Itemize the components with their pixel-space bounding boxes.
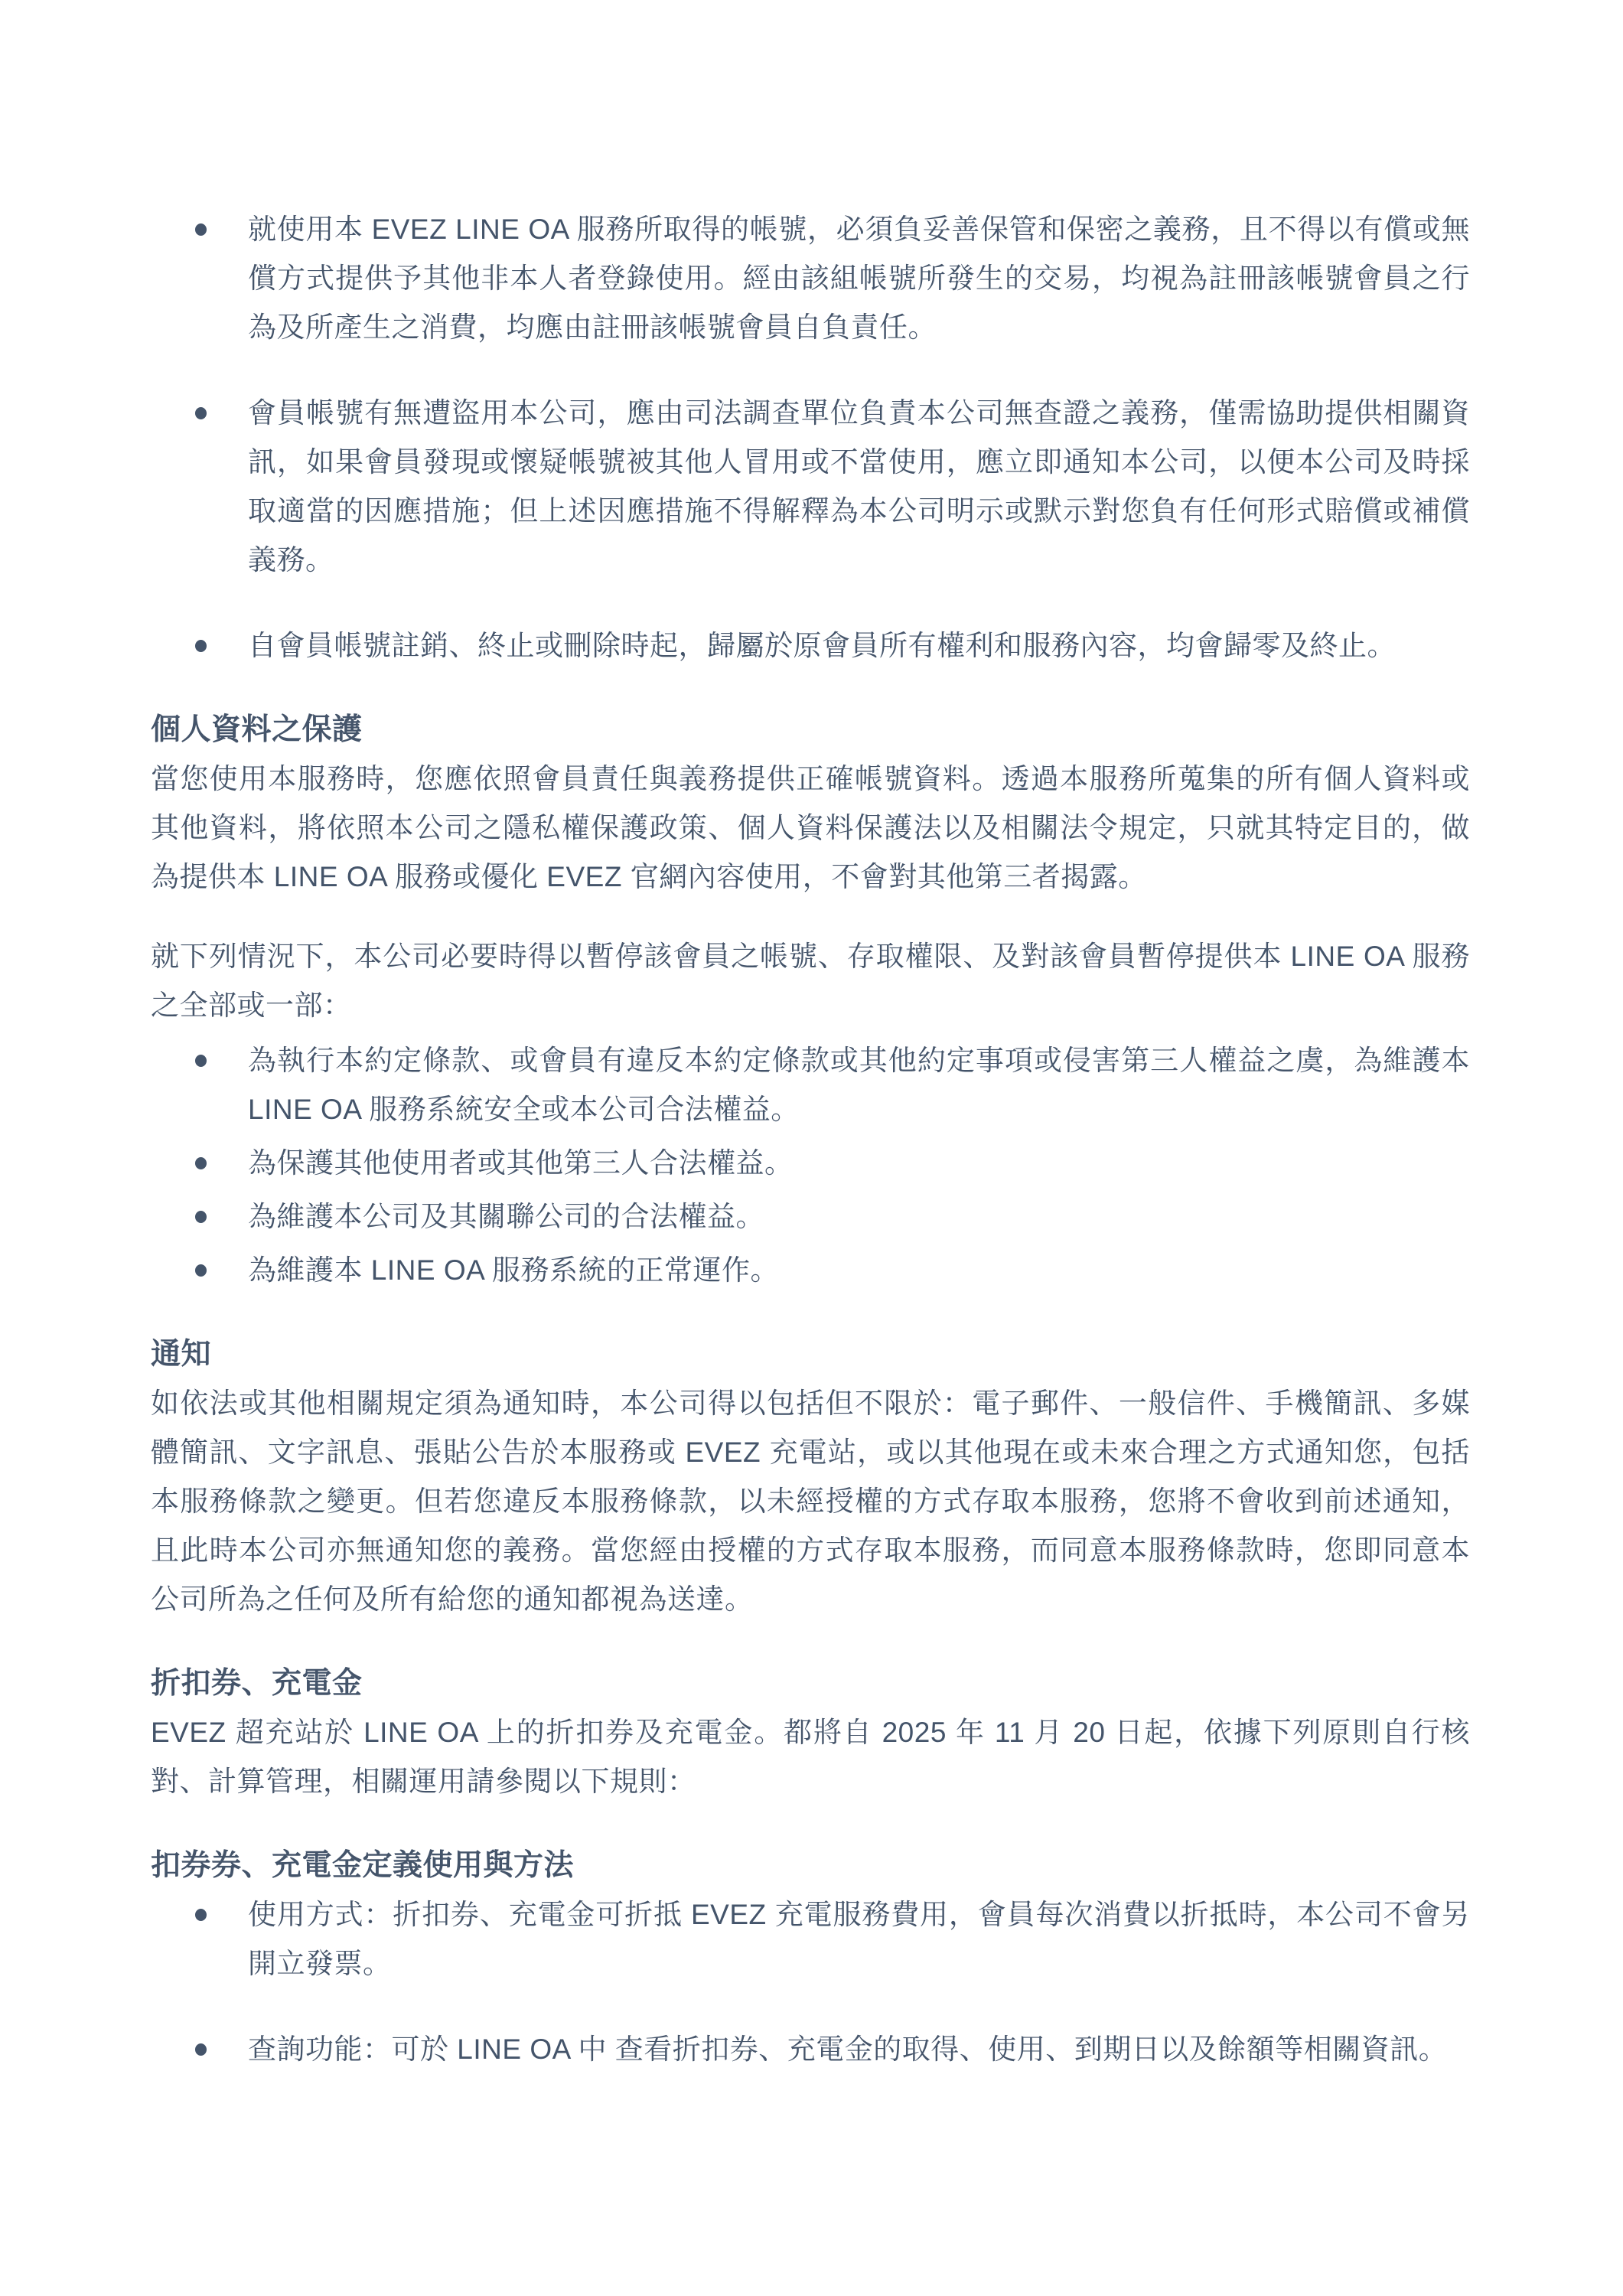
notice-paragraph: 如依法或其他相關規定須為通知時，本公司得以包括但不限於：電子郵件、一般信件、手機…: [151, 1379, 1470, 1624]
suspension-intro-paragraph: 就下列情況下，本公司必要時得以暫停該會員之帳號、存取權限、及對該會員暫停提供本 …: [151, 932, 1470, 1030]
notice-section-heading: 通知: [151, 1330, 1470, 1379]
list-item: 自會員帳號註銷、終止或刪除時起，歸屬於原會員所有權利和服務內容，均會歸零及終止。: [151, 621, 1470, 670]
coupon-usage-section-heading: 扣券券、充電金定義使用與方法: [151, 1841, 1470, 1890]
privacy-paragraph: 當您使用本服務時，您應依照會員責任與義務提供正確帳號資料。透過本服務所蒐集的所有…: [151, 755, 1470, 902]
list-item: 查詢功能：可於 LINE OA 中 查看折扣券、充電金的取得、使用、到期日以及餘…: [151, 2025, 1470, 2074]
list-item: 為保護其他使用者或其他第三人合法權益。: [151, 1139, 1470, 1188]
list-item: 為維護本公司及其關聯公司的合法權益。: [151, 1192, 1470, 1241]
list-item: 為執行本約定條款、或會員有違反本約定條款或其他約定事項或侵害第三人權益之虞，為維…: [151, 1036, 1470, 1134]
suspension-conditions-list: 為執行本約定條款、或會員有違反本約定條款或其他約定事項或侵害第三人權益之虞，為維…: [151, 1036, 1470, 1295]
account-rules-list: 就使用本 EVEZ LINE OA 服務所取得的帳號，必須負妥善保管和保密之義務…: [151, 205, 1470, 670]
coupon-usage-list: 使用方式：折扣券、充電金可折抵 EVEZ 充電服務費用，會員每次消費以折抵時，本…: [151, 1890, 1470, 2074]
document-page: 就使用本 EVEZ LINE OA 服務所取得的帳號，必須負妥善保管和保密之義務…: [0, 0, 1623, 2296]
list-item: 為維護本 LINE OA 服務系統的正常運作。: [151, 1246, 1470, 1295]
coupon-section-heading: 折扣券、充電金: [151, 1659, 1470, 1708]
list-item: 使用方式：折扣券、充電金可折抵 EVEZ 充電服務費用，會員每次消費以折抵時，本…: [151, 1890, 1470, 1988]
privacy-section-heading: 個人資料之保護: [151, 706, 1470, 755]
list-item: 就使用本 EVEZ LINE OA 服務所取得的帳號，必須負妥善保管和保密之義務…: [151, 205, 1470, 352]
list-item: 會員帳號有無遭盜用本公司，應由司法調查單位負責本公司無查證之義務，僅需協助提供相…: [151, 389, 1470, 585]
coupon-paragraph: EVEZ 超充站於 LINE OA 上的折扣券及充電金。都將自 2025 年 1…: [151, 1708, 1470, 1806]
